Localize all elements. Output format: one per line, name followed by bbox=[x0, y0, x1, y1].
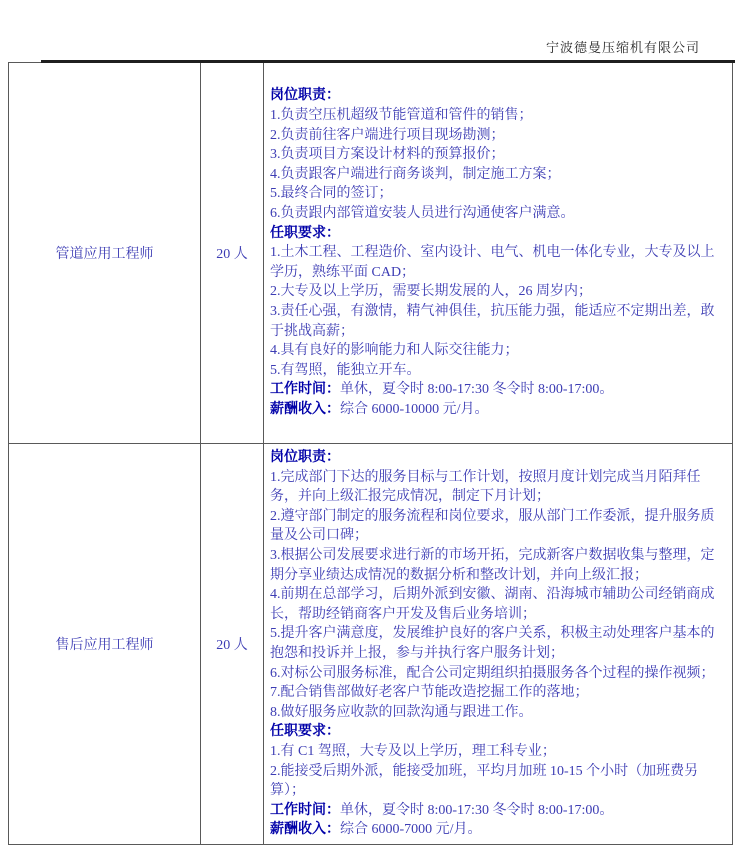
description-line: 5.有驾照，能独立开车。 bbox=[270, 361, 728, 381]
description-line: 1.有 C1 驾照，大专及以上学历，理工科专业； bbox=[270, 742, 728, 762]
job-title: 售后应用工程师 bbox=[56, 638, 154, 653]
line-text: 综合 6000-7000 元/月。 bbox=[340, 822, 482, 837]
section-heading: 任职要求： bbox=[270, 224, 728, 244]
line-label: 工作时间： bbox=[270, 382, 340, 397]
labeled-line: 薪酬收入：综合 6000-7000 元/月。 bbox=[270, 820, 728, 840]
headcount: 20 人 bbox=[216, 638, 248, 653]
company-name: 宁波德曼压缩机有限公司 bbox=[546, 37, 700, 56]
description-line: 3.责任心强，有激情，精气神俱佳，抗压能力强，能适应不定期出差，敢于挑战高薪； bbox=[270, 302, 728, 341]
description-line: 4.负责跟客户端进行商务谈判，制定施工方案； bbox=[270, 165, 728, 185]
header-rule bbox=[41, 60, 735, 63]
section-heading: 任职要求： bbox=[270, 722, 728, 742]
labeled-line: 工作时间：单休，夏令时 8:00-17:30 冬令时 8:00-17:00。 bbox=[270, 801, 728, 821]
description-line: 3.根据公司发展要求进行新的市场开拓，完成新客户数据收集与整理，定期分享业绩达成… bbox=[270, 546, 728, 585]
jobs-table: 管道应用工程师20 人岗位职责：1.负责空压机超级节能管道和管件的销售；2.负责… bbox=[8, 62, 733, 845]
description-line: 2.遵守部门制定的服务流程和岗位要求，服从部门工作委派，提升服务质量及公司口碑； bbox=[270, 507, 728, 546]
labeled-line: 工作时间：单休，夏令时 8:00-17:30 冬令时 8:00-17:00。 bbox=[270, 380, 728, 400]
headcount-cell: 20 人 bbox=[201, 444, 264, 845]
headcount: 20 人 bbox=[216, 247, 248, 262]
section-heading: 岗位职责： bbox=[270, 86, 728, 106]
description-line: 1.完成部门下达的服务目标与工作计划，按照月度计划完成当月陌拜任务，并向上级汇报… bbox=[270, 468, 728, 507]
description-line: 4.具有良好的影响能力和人际交往能力； bbox=[270, 341, 728, 361]
line-label: 薪酬收入： bbox=[270, 822, 340, 837]
description-line: 3.负责项目方案设计材料的预算报价； bbox=[270, 145, 728, 165]
line-text: 综合 6000-10000 元/月。 bbox=[340, 402, 489, 417]
description-line: 1.负责空压机超级节能管道和管件的销售； bbox=[270, 106, 728, 126]
description-line: 6.对标公司服务标准，配合公司定期组织拍摄服务各个过程的操作视频； bbox=[270, 664, 728, 684]
line-label: 薪酬收入： bbox=[270, 402, 340, 417]
labeled-line: 薪酬收入：综合 6000-10000 元/月。 bbox=[270, 400, 728, 420]
headcount-cell: 20 人 bbox=[201, 63, 264, 444]
description-line: 5.提升客户满意度，发展维护良好的客户关系，积极主动处理客户基本的抱怨和投诉并上… bbox=[270, 624, 728, 663]
table-row: 售后应用工程师20 人岗位职责：1.完成部门下达的服务目标与工作计划，按照月度计… bbox=[9, 444, 733, 845]
description-line: 4.前期在总部学习，后期外派到安徽、湖南、沿海城市辅助公司经销商成长，帮助经销商… bbox=[270, 585, 728, 624]
description-line: 6.负责跟内部管道安装人员进行沟通使客户满意。 bbox=[270, 204, 728, 224]
line-text: 单休，夏令时 8:00-17:30 冬令时 8:00-17:00。 bbox=[340, 382, 613, 397]
description-line: 2.负责前往客户端进行项目现场勘测； bbox=[270, 126, 728, 146]
description-line: 8.做好服务应收款的回款沟通与跟进工作。 bbox=[270, 703, 728, 723]
table-row: 管道应用工程师20 人岗位职责：1.负责空压机超级节能管道和管件的销售；2.负责… bbox=[9, 63, 733, 444]
description-line: 7.配合销售部做好老客户节能改造挖掘工作的落地； bbox=[270, 683, 728, 703]
description-line: 2.大专及以上学历，需要长期发展的人，26 周岁内； bbox=[270, 282, 728, 302]
description-line: 5.最终合同的签订； bbox=[270, 184, 728, 204]
job-title: 管道应用工程师 bbox=[56, 247, 154, 262]
line-text: 单休，夏令时 8:00-17:30 冬令时 8:00-17:00。 bbox=[340, 803, 613, 818]
description-line: 2.能接受后期外派，能接受加班，平均月加班 10-15 个小时（加班费另算）； bbox=[270, 762, 728, 801]
line-label: 工作时间： bbox=[270, 803, 340, 818]
job-title-cell: 管道应用工程师 bbox=[9, 63, 201, 444]
job-description-cell: 岗位职责：1.完成部门下达的服务目标与工作计划，按照月度计划完成当月陌拜任务，并… bbox=[264, 444, 733, 845]
section-heading: 岗位职责： bbox=[270, 448, 728, 468]
jobs-table-body: 管道应用工程师20 人岗位职责：1.负责空压机超级节能管道和管件的销售；2.负责… bbox=[9, 63, 733, 845]
description-line: 1.土木工程、工程造价、室内设计、电气、机电一体化专业，大专及以上学历，熟练平面… bbox=[270, 243, 728, 282]
job-title-cell: 售后应用工程师 bbox=[9, 444, 201, 845]
job-description-cell: 岗位职责：1.负责空压机超级节能管道和管件的销售；2.负责前往客户端进行项目现场… bbox=[264, 63, 733, 444]
